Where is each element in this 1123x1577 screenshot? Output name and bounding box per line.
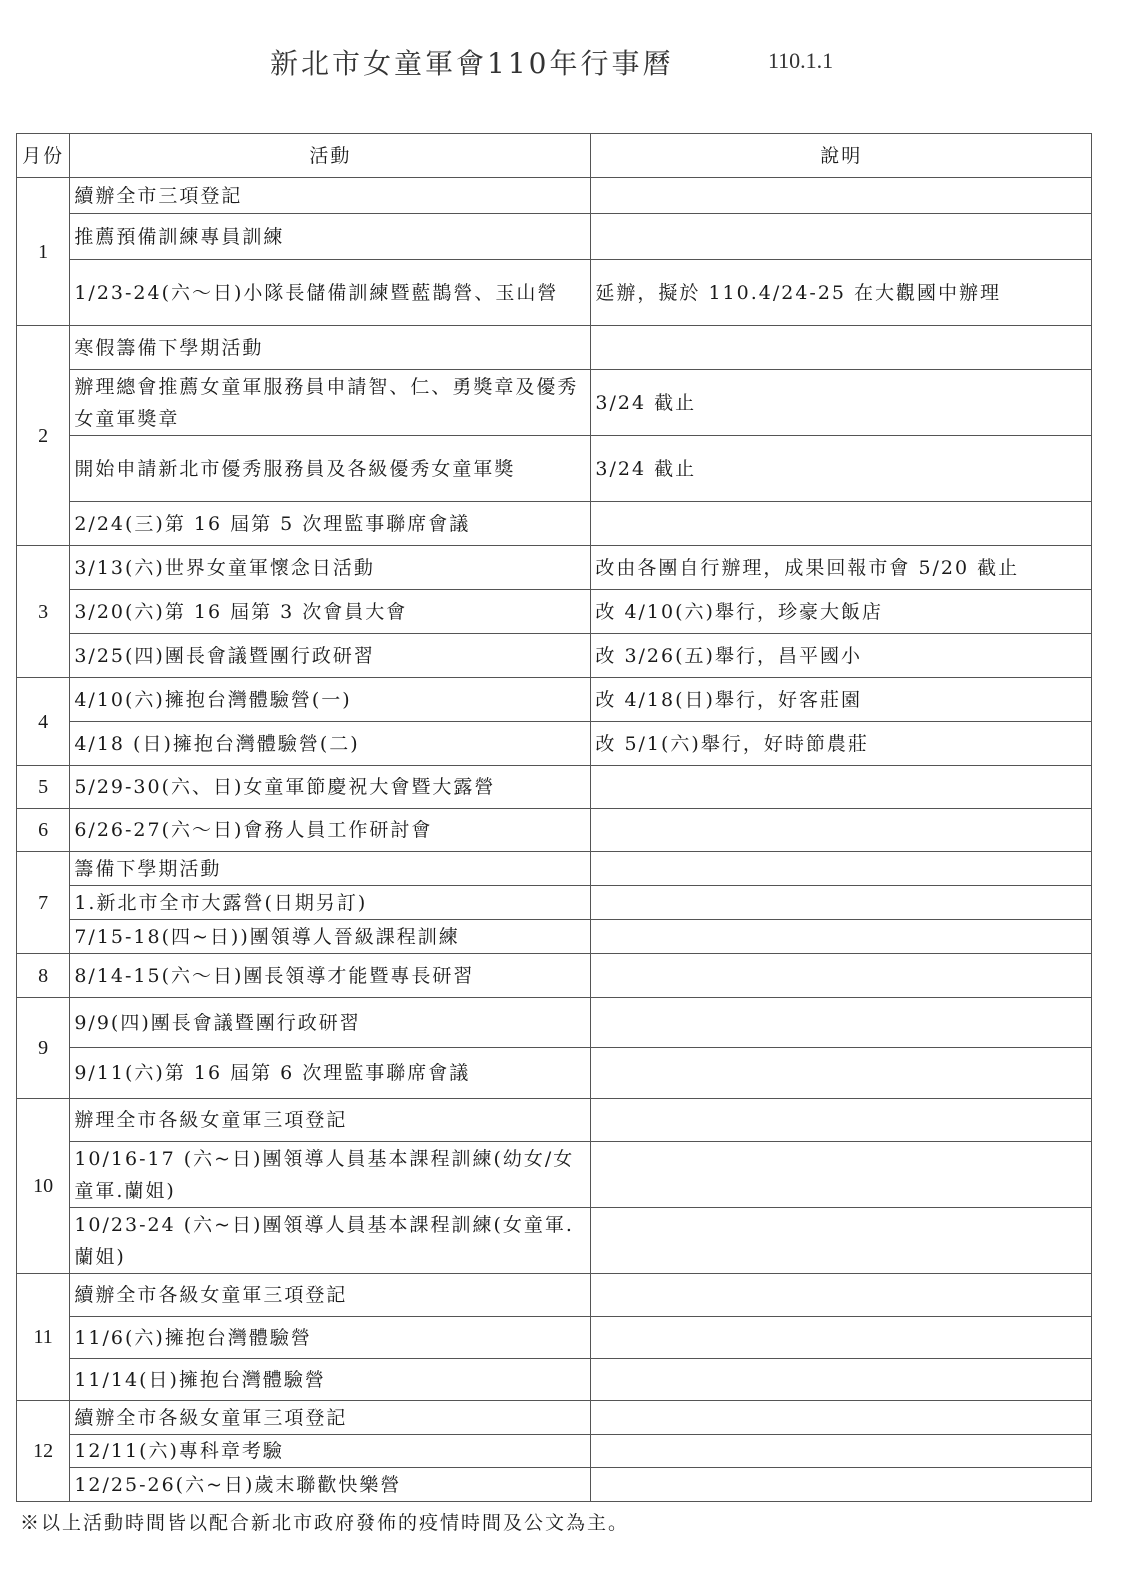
description-cell: [591, 1468, 1092, 1502]
activity-cell: 2/24(三)第 16 屆第 5 次理監事聯席會議: [70, 502, 591, 546]
activity-cell: 12/25-26(六~日)歲末聯歡快樂營: [70, 1468, 591, 1502]
table-row: 4/18 (日)擁抱台灣體驗營(二)改 5/1(六)舉行，好時節農莊: [17, 722, 1092, 766]
description-cell: [591, 326, 1092, 370]
description-cell: [591, 998, 1092, 1048]
table-row: 66/26-27(六～日)會務人員工作研討會: [17, 809, 1092, 852]
table-row: 1續辦全市三項登記: [17, 178, 1092, 214]
table-row: 開始申請新北市優秀服務員及各級優秀女童軍獎3/24 截止: [17, 436, 1092, 502]
activity-cell: 9/9(四)團長會議暨團行政研習: [70, 998, 591, 1048]
description-cell: [591, 1142, 1092, 1208]
description-cell: 3/24 截止: [591, 370, 1092, 436]
table-row: 12/11(六)專科章考驗: [17, 1435, 1092, 1468]
description-cell: [591, 178, 1092, 214]
activity-cell: 3/13(六)世界女童軍懷念日活動: [70, 546, 591, 590]
activity-cell: 10/23-24 (六~日)團領導人員基本課程訓練(女童軍.蘭姐): [70, 1208, 591, 1274]
description-cell: [591, 1359, 1092, 1401]
month-cell: 12: [17, 1401, 70, 1502]
activity-cell: 11/6(六)擁抱台灣體驗營: [70, 1317, 591, 1359]
table-row: 1/23-24(六～日)小隊長儲備訓練暨藍鵲營、玉山營延辦，擬於 110.4/2…: [17, 260, 1092, 326]
table-row: 11/14(日)擁抱台灣體驗營: [17, 1359, 1092, 1401]
activity-cell: 開始申請新北市優秀服務員及各級優秀女童軍獎: [70, 436, 591, 502]
table-row: 44/10(六)擁抱台灣體驗營(一)改 4/18(日)舉行，好客莊園: [17, 678, 1092, 722]
activity-cell: 6/26-27(六～日)會務人員工作研討會: [70, 809, 591, 852]
activity-cell: 4/10(六)擁抱台灣體驗營(一): [70, 678, 591, 722]
description-cell: [591, 920, 1092, 954]
description-cell: [591, 502, 1092, 546]
activity-cell: 籌備下學期活動: [70, 852, 591, 886]
header-activity: 活動: [70, 134, 591, 178]
description-cell: 改 4/18(日)舉行，好客莊園: [591, 678, 1092, 722]
description-cell: [591, 1208, 1092, 1274]
table-header-row: 月份 活動 說明: [17, 134, 1092, 178]
description-cell: 改由各團自行辦理，成果回報市會 5/20 截止: [591, 546, 1092, 590]
month-cell: 2: [17, 326, 70, 546]
table-row: 10辦理全市各級女童軍三項登記: [17, 1099, 1092, 1142]
description-cell: [591, 766, 1092, 809]
activity-cell: 3/20(六)第 16 屆第 3 次會員大會: [70, 590, 591, 634]
description-cell: 3/24 截止: [591, 436, 1092, 502]
description-cell: [591, 852, 1092, 886]
table-row: 7籌備下學期活動: [17, 852, 1092, 886]
description-cell: 改 3/26(五)舉行，昌平國小: [591, 634, 1092, 678]
table-row: 11/6(六)擁抱台灣體驗營: [17, 1317, 1092, 1359]
activity-cell: 12/11(六)專科章考驗: [70, 1435, 591, 1468]
header-month: 月份: [17, 134, 70, 178]
month-cell: 8: [17, 954, 70, 998]
description-cell: [591, 1317, 1092, 1359]
activity-cell: 10/16-17 (六~日)團領導人員基本課程訓練(幼女/女童軍.蘭姐): [70, 1142, 591, 1208]
table-row: 7/15-18(四~日))團領導人晉級課程訓練: [17, 920, 1092, 954]
header-description: 說明: [591, 134, 1092, 178]
table-row: 辦理總會推薦女童軍服務員申請智、仁、勇獎章及優秀女童軍獎章3/24 截止: [17, 370, 1092, 436]
activity-cell: 1.新北市全市大露營(日期另訂): [70, 886, 591, 920]
month-cell: 10: [17, 1099, 70, 1274]
table-row: 88/14-15(六～日)團長領導才能暨專長研習: [17, 954, 1092, 998]
activity-cell: 續辦全市各級女童軍三項登記: [70, 1274, 591, 1317]
table-row: 10/23-24 (六~日)團領導人員基本課程訓練(女童軍.蘭姐): [17, 1208, 1092, 1274]
description-cell: [591, 1274, 1092, 1317]
activity-cell: 5/29-30(六、日)女童軍節慶祝大會暨大露營: [70, 766, 591, 809]
description-cell: 改 5/1(六)舉行，好時節農莊: [591, 722, 1092, 766]
description-cell: [591, 1048, 1092, 1099]
month-cell: 7: [17, 852, 70, 954]
month-cell: 1: [17, 178, 70, 326]
description-cell: [591, 1401, 1092, 1435]
table-row: 55/29-30(六、日)女童軍節慶祝大會暨大露營: [17, 766, 1092, 809]
table-row: 9/11(六)第 16 屆第 6 次理監事聯席會議: [17, 1048, 1092, 1099]
table-row: 99/9(四)團長會議暨團行政研習: [17, 998, 1092, 1048]
description-cell: [591, 1435, 1092, 1468]
table-row: 3/25(四)團長會議暨團行政研習改 3/26(五)舉行，昌平國小: [17, 634, 1092, 678]
document-title: 新北市女童軍會110年行事曆: [270, 42, 673, 82]
activity-cell: 寒假籌備下學期活動: [70, 326, 591, 370]
description-cell: 延辦，擬於 110.4/24-25 在大觀國中辦理: [591, 260, 1092, 326]
month-cell: 4: [17, 678, 70, 766]
table-row: 33/13(六)世界女童軍懷念日活動改由各團自行辦理，成果回報市會 5/20 截…: [17, 546, 1092, 590]
activity-cell: 9/11(六)第 16 屆第 6 次理監事聯席會議: [70, 1048, 591, 1099]
document-version: 110.1.1: [768, 48, 833, 74]
activity-cell: 3/25(四)團長會議暨團行政研習: [70, 634, 591, 678]
table-row: 11續辦全市各級女童軍三項登記: [17, 1274, 1092, 1317]
description-cell: 改 4/10(六)舉行，珍豪大飯店: [591, 590, 1092, 634]
activity-cell: 續辦全市各級女童軍三項登記: [70, 1401, 591, 1435]
month-cell: 9: [17, 998, 70, 1099]
table-row: 2/24(三)第 16 屆第 5 次理監事聯席會議: [17, 502, 1092, 546]
activity-cell: 1/23-24(六～日)小隊長儲備訓練暨藍鵲營、玉山營: [70, 260, 591, 326]
month-cell: 5: [17, 766, 70, 809]
calendar-table: 月份 活動 說明 1續辦全市三項登記推薦預備訓練專員訓練1/23-24(六～日)…: [16, 133, 1092, 1502]
description-cell: [591, 954, 1092, 998]
footnote: ※以上活動時間皆以配合新北市政府發佈的疫情時間及公文為主。: [20, 1508, 629, 1535]
activity-cell: 11/14(日)擁抱台灣體驗營: [70, 1359, 591, 1401]
activity-cell: 推薦預備訓練專員訓練: [70, 214, 591, 260]
description-cell: [591, 1099, 1092, 1142]
activity-cell: 辦理全市各級女童軍三項登記: [70, 1099, 591, 1142]
description-cell: [591, 214, 1092, 260]
description-cell: [591, 809, 1092, 852]
table-row: 12續辦全市各級女童軍三項登記: [17, 1401, 1092, 1435]
activity-cell: 續辦全市三項登記: [70, 178, 591, 214]
activity-cell: 7/15-18(四~日))團領導人晉級課程訓練: [70, 920, 591, 954]
month-cell: 6: [17, 809, 70, 852]
table-row: 推薦預備訓練專員訓練: [17, 214, 1092, 260]
month-cell: 11: [17, 1274, 70, 1401]
table-row: 12/25-26(六~日)歲末聯歡快樂營: [17, 1468, 1092, 1502]
table-row: 3/20(六)第 16 屆第 3 次會員大會改 4/10(六)舉行，珍豪大飯店: [17, 590, 1092, 634]
activity-cell: 辦理總會推薦女童軍服務員申請智、仁、勇獎章及優秀女童軍獎章: [70, 370, 591, 436]
table-row: 10/16-17 (六~日)團領導人員基本課程訓練(幼女/女童軍.蘭姐): [17, 1142, 1092, 1208]
table-row: 1.新北市全市大露營(日期另訂): [17, 886, 1092, 920]
activity-cell: 4/18 (日)擁抱台灣體驗營(二): [70, 722, 591, 766]
description-cell: [591, 886, 1092, 920]
month-cell: 3: [17, 546, 70, 678]
table-row: 2寒假籌備下學期活動: [17, 326, 1092, 370]
activity-cell: 8/14-15(六～日)團長領導才能暨專長研習: [70, 954, 591, 998]
calendar-body: 1續辦全市三項登記推薦預備訓練專員訓練1/23-24(六～日)小隊長儲備訓練暨藍…: [17, 178, 1092, 1502]
